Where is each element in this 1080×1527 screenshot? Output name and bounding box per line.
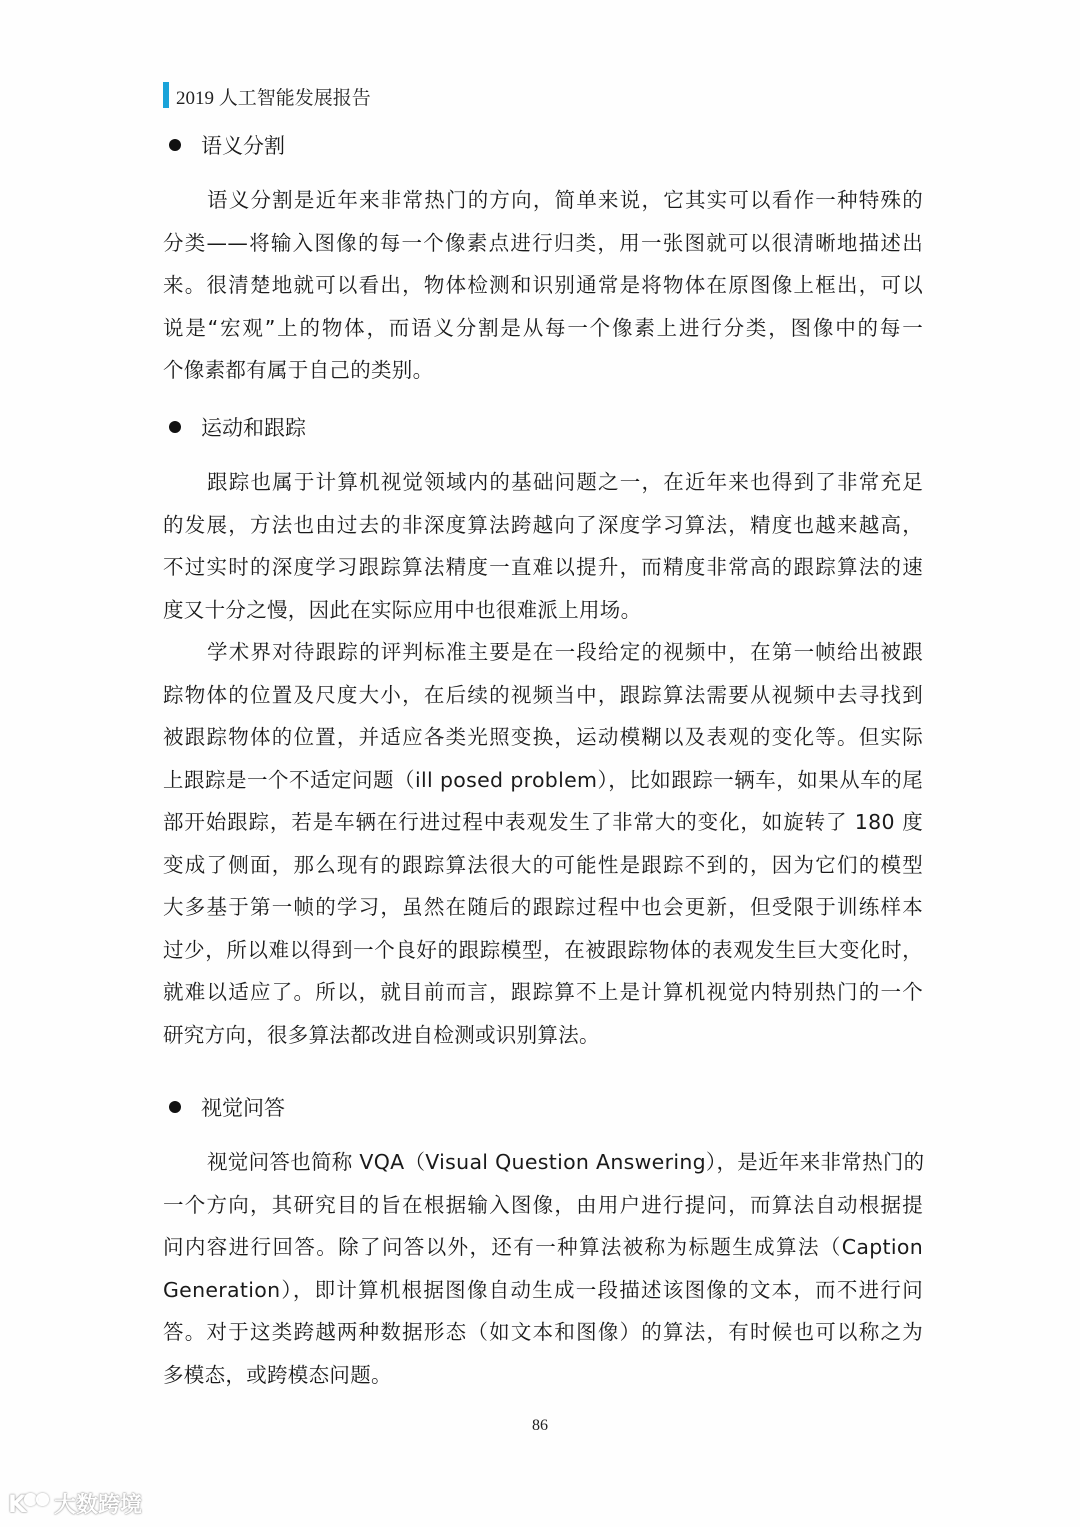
paragraph-tracking-evaluation: 学术界对待跟踪的评判标准主要是在一段给定的视频中，在第一帧给出被跟 踪物体的位置… [163, 631, 923, 1056]
text-line: 不过实时的深度学习跟踪算法精度一直难以提升，而精度非常高的跟踪算法的速 [163, 546, 923, 589]
watermark-text: 大数跨境 [54, 1488, 142, 1519]
bullet-icon [169, 139, 181, 151]
section-heading-text: 视觉问答 [201, 1092, 285, 1122]
text-line: 说是“宏观”上的物体，而语义分割是从每一个像素上进行分类，图像中的每一 [163, 307, 923, 350]
header-accent-bar [163, 82, 169, 108]
report-title: 2019 人工智能发展报告 [176, 88, 371, 110]
text-line: 来。很清楚地就可以看出，物体检测和识别通常是将物体在原图像上框出，可以 [163, 264, 923, 307]
text-line: 大多基于第一帧的学习，虽然在随后的跟踪过程中也会更新，但受限于训练样本 [163, 886, 923, 929]
paragraph-visual-qa: 视觉问答也简称 VQA（Visual Question Answering），是… [163, 1141, 923, 1396]
text-line: 答。对于这类跨越两种数据形态（如文本和图像）的算法，有时候也可以称之为 [163, 1311, 923, 1354]
text-line: 分类——将输入图像的每一个像素点进行归类，用一张图就可以很清晰地描述出 [163, 222, 923, 265]
text-line: Generation），即计算机根据图像自动生成一段描述该图像的文本，而不进行问 [163, 1269, 923, 1312]
paragraph-tracking-intro: 跟踪也属于计算机视觉领域内的基础问题之一，在近年来也得到了非常充足 的发展，方法… [163, 461, 923, 631]
text-line: 踪物体的位置及尺度大小，在后续的视频当中，跟踪算法需要从视频中去寻找到 [163, 674, 923, 717]
text-line: 跟踪也属于计算机视觉领域内的基础问题之一，在近年来也得到了非常充足 [163, 461, 923, 504]
section-heading-semantic-segmentation: 语义分割 [163, 125, 285, 165]
text-line: 被跟踪物体的位置，并适应各类光照变换，运动模糊以及表观的变化等。但实际 [163, 716, 923, 759]
section-heading-visual-qa: 视觉问答 [163, 1087, 285, 1127]
text-line: 一个方向，其研究目的旨在根据输入图像，由用户进行提问，而算法自动根据提 [163, 1184, 923, 1227]
section-heading-motion-tracking: 运动和跟踪 [163, 407, 306, 447]
paragraph-semantic-segmentation: 语义分割是近年来非常热门的方向，简单来说，它其实可以看作一种特殊的 分类——将输… [163, 179, 923, 392]
text-line: 就难以适应了。所以，就目前而言，跟踪算不上是计算机视觉内特别热门的一个 [163, 971, 923, 1014]
document-page: 2019 人工智能发展报告 语义分割 语义分割是近年来非常热门的方向，简单来说，… [0, 0, 1080, 1527]
bullet-icon [169, 421, 181, 433]
watermark-logo-icon: K [8, 1492, 48, 1516]
text-line: 研究方向，很多算法都改进自检测或识别算法。 [163, 1014, 923, 1057]
bullet-icon [169, 1101, 181, 1113]
report-header: 2019 人工智能发展报告 [163, 76, 371, 110]
section-heading-text: 运动和跟踪 [201, 412, 306, 442]
text-line: 的发展，方法也由过去的非深度算法跨越向了深度学习算法，精度也越来越高， [163, 504, 923, 547]
text-line: 问内容进行回答。除了问答以外，还有一种算法被称为标题生成算法（Caption [163, 1226, 923, 1269]
watermark: K 大数跨境 [8, 1488, 142, 1519]
text-line: 语义分割是近年来非常热门的方向，简单来说，它其实可以看作一种特殊的 [163, 179, 923, 222]
text-line: 视觉问答也简称 VQA（Visual Question Answering），是… [163, 1141, 923, 1184]
text-line: 上跟踪是一个不适定问题（ill posed problem），比如跟踪一辆车，如… [163, 759, 923, 802]
text-line: 过少，所以难以得到一个良好的跟踪模型，在被跟踪物体的表观发生巨大变化时， [163, 929, 923, 972]
text-line: 度又十分之慢，因此在实际应用中也很难派上用场。 [163, 589, 923, 632]
page-number: 86 [0, 1417, 1080, 1435]
text-line: 多模态，或跨模态问题。 [163, 1354, 923, 1397]
text-line: 个像素都有属于自己的类别。 [163, 349, 923, 392]
text-line: 部开始跟踪，若是车辆在行进过程中表观发生了非常大的变化，如旋转了 180 度 [163, 801, 923, 844]
text-line: 变成了侧面，那么现有的跟踪算法很大的可能性是跟踪不到的，因为它们的模型 [163, 844, 923, 887]
section-heading-text: 语义分割 [201, 130, 285, 160]
text-line: 学术界对待跟踪的评判标准主要是在一段给定的视频中，在第一帧给出被跟 [163, 631, 923, 674]
